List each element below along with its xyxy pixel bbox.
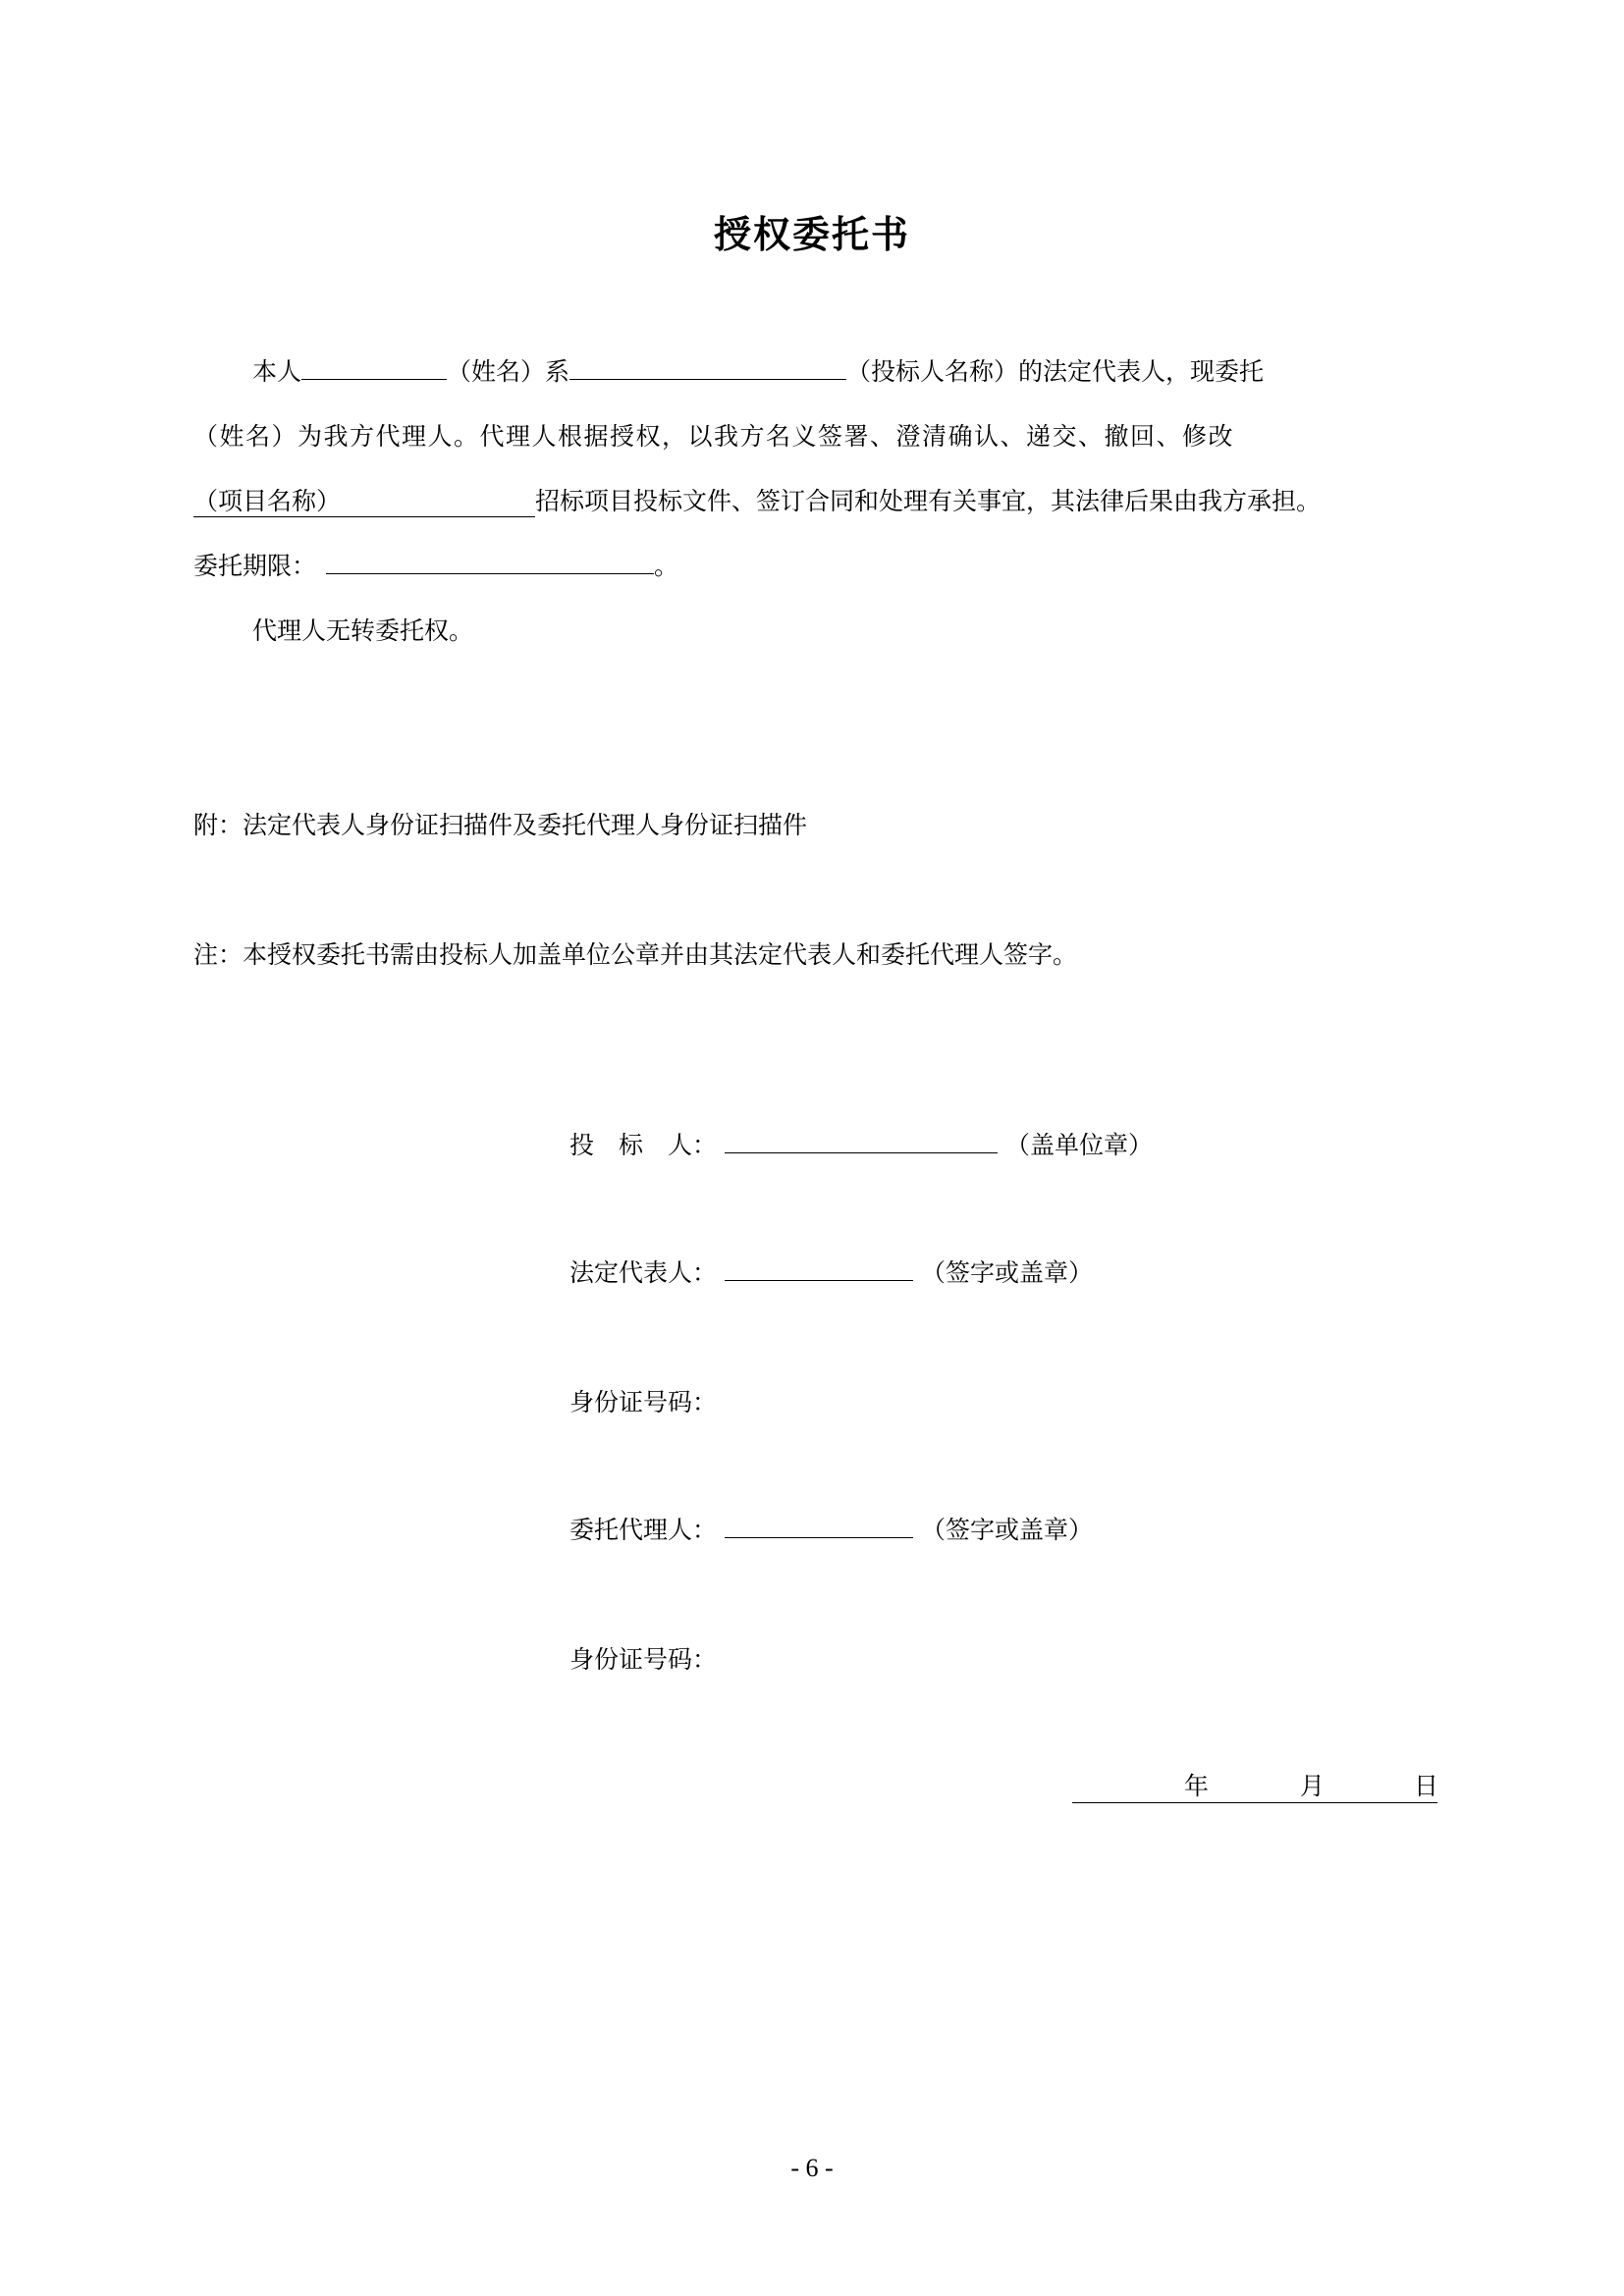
date-day-label: 日: [1414, 1767, 1438, 1802]
legal-rep-blank[interactable]: [725, 1256, 913, 1281]
bidder-name-blank[interactable]: [569, 355, 846, 380]
agent-signature-row: 委托代理人：（签字或盖章）: [569, 1514, 1093, 1547]
bidder-signature-row: 投 标 人：（盖单位章）: [569, 1129, 1153, 1162]
agent-id-label: 身份证号码：: [569, 1645, 717, 1674]
term-label: 委托期限：: [193, 552, 316, 580]
body-line-5: 代理人无转委托权。: [252, 614, 473, 648]
date-month-label: 月: [1300, 1767, 1325, 1802]
legal-rep-signature-row: 法定代表人：（签字或盖章）: [569, 1256, 1093, 1290]
body-line-4: 委托期限：。: [193, 550, 678, 583]
agent-label: 委托代理人：: [569, 1516, 717, 1544]
legal-rep-id-row: 身份证号码：: [569, 1386, 717, 1419]
attachment-note: 附：法定代表人身份证扫描件及委托代理人身份证扫描件: [193, 809, 807, 842]
body-line-2: （姓名）为我方代理人。代理人根据授权，以我方名义签署、澄清确认、递交、撤回、修改: [193, 420, 1234, 454]
agent-blank[interactable]: [725, 1514, 913, 1538]
term-blank[interactable]: [326, 550, 654, 574]
document-title: 授权委托书: [0, 210, 1624, 259]
project-name-blank[interactable]: （项目名称）: [193, 487, 535, 517]
date-year-label: 年: [1184, 1767, 1209, 1802]
name-blank[interactable]: [301, 355, 447, 380]
instruction-note: 注：本授权委托书需由投标人加盖单位公章并由其法定代表人和委托代理人签字。: [193, 938, 1077, 972]
term-suffix: 。: [654, 552, 678, 580]
date-field[interactable]: 年 月 日: [1072, 1767, 1437, 1803]
legal-rep-id-label: 身份证号码：: [569, 1388, 717, 1416]
bidder-hint: （投标人名称）的法定代表人，现委托: [846, 357, 1264, 386]
text-prefix: 本人: [252, 357, 301, 386]
project-suffix: 招标项目投标文件、签订合同和处理有关事宜，其法律后果由我方承担。: [535, 487, 1321, 515]
body-line-1: 本人（姓名）系（投标人名称）的法定代表人，现委托: [252, 355, 1264, 389]
legal-rep-label: 法定代表人：: [569, 1258, 717, 1287]
agent-id-row: 身份证号码：: [569, 1643, 717, 1677]
agent-sign-hint: （签字或盖章）: [921, 1516, 1093, 1544]
body-line-3: （项目名称）招标项目投标文件、签订合同和处理有关事宜，其法律后果由我方承担。: [193, 485, 1321, 518]
bidder-blank[interactable]: [725, 1129, 998, 1153]
bidder-seal-hint: （盖单位章）: [1005, 1131, 1153, 1159]
bidder-label: 投 标 人：: [569, 1131, 717, 1159]
project-hint: （项目名称）: [193, 487, 341, 515]
name-hint: （姓名）系: [447, 357, 569, 386]
page-number: - 6 -: [0, 2154, 1624, 2183]
document-page: 授权委托书 本人（姓名）系（投标人名称）的法定代表人，现委托 （姓名）为我方代理…: [0, 0, 1624, 2296]
legal-rep-sign-hint: （签字或盖章）: [921, 1258, 1093, 1287]
